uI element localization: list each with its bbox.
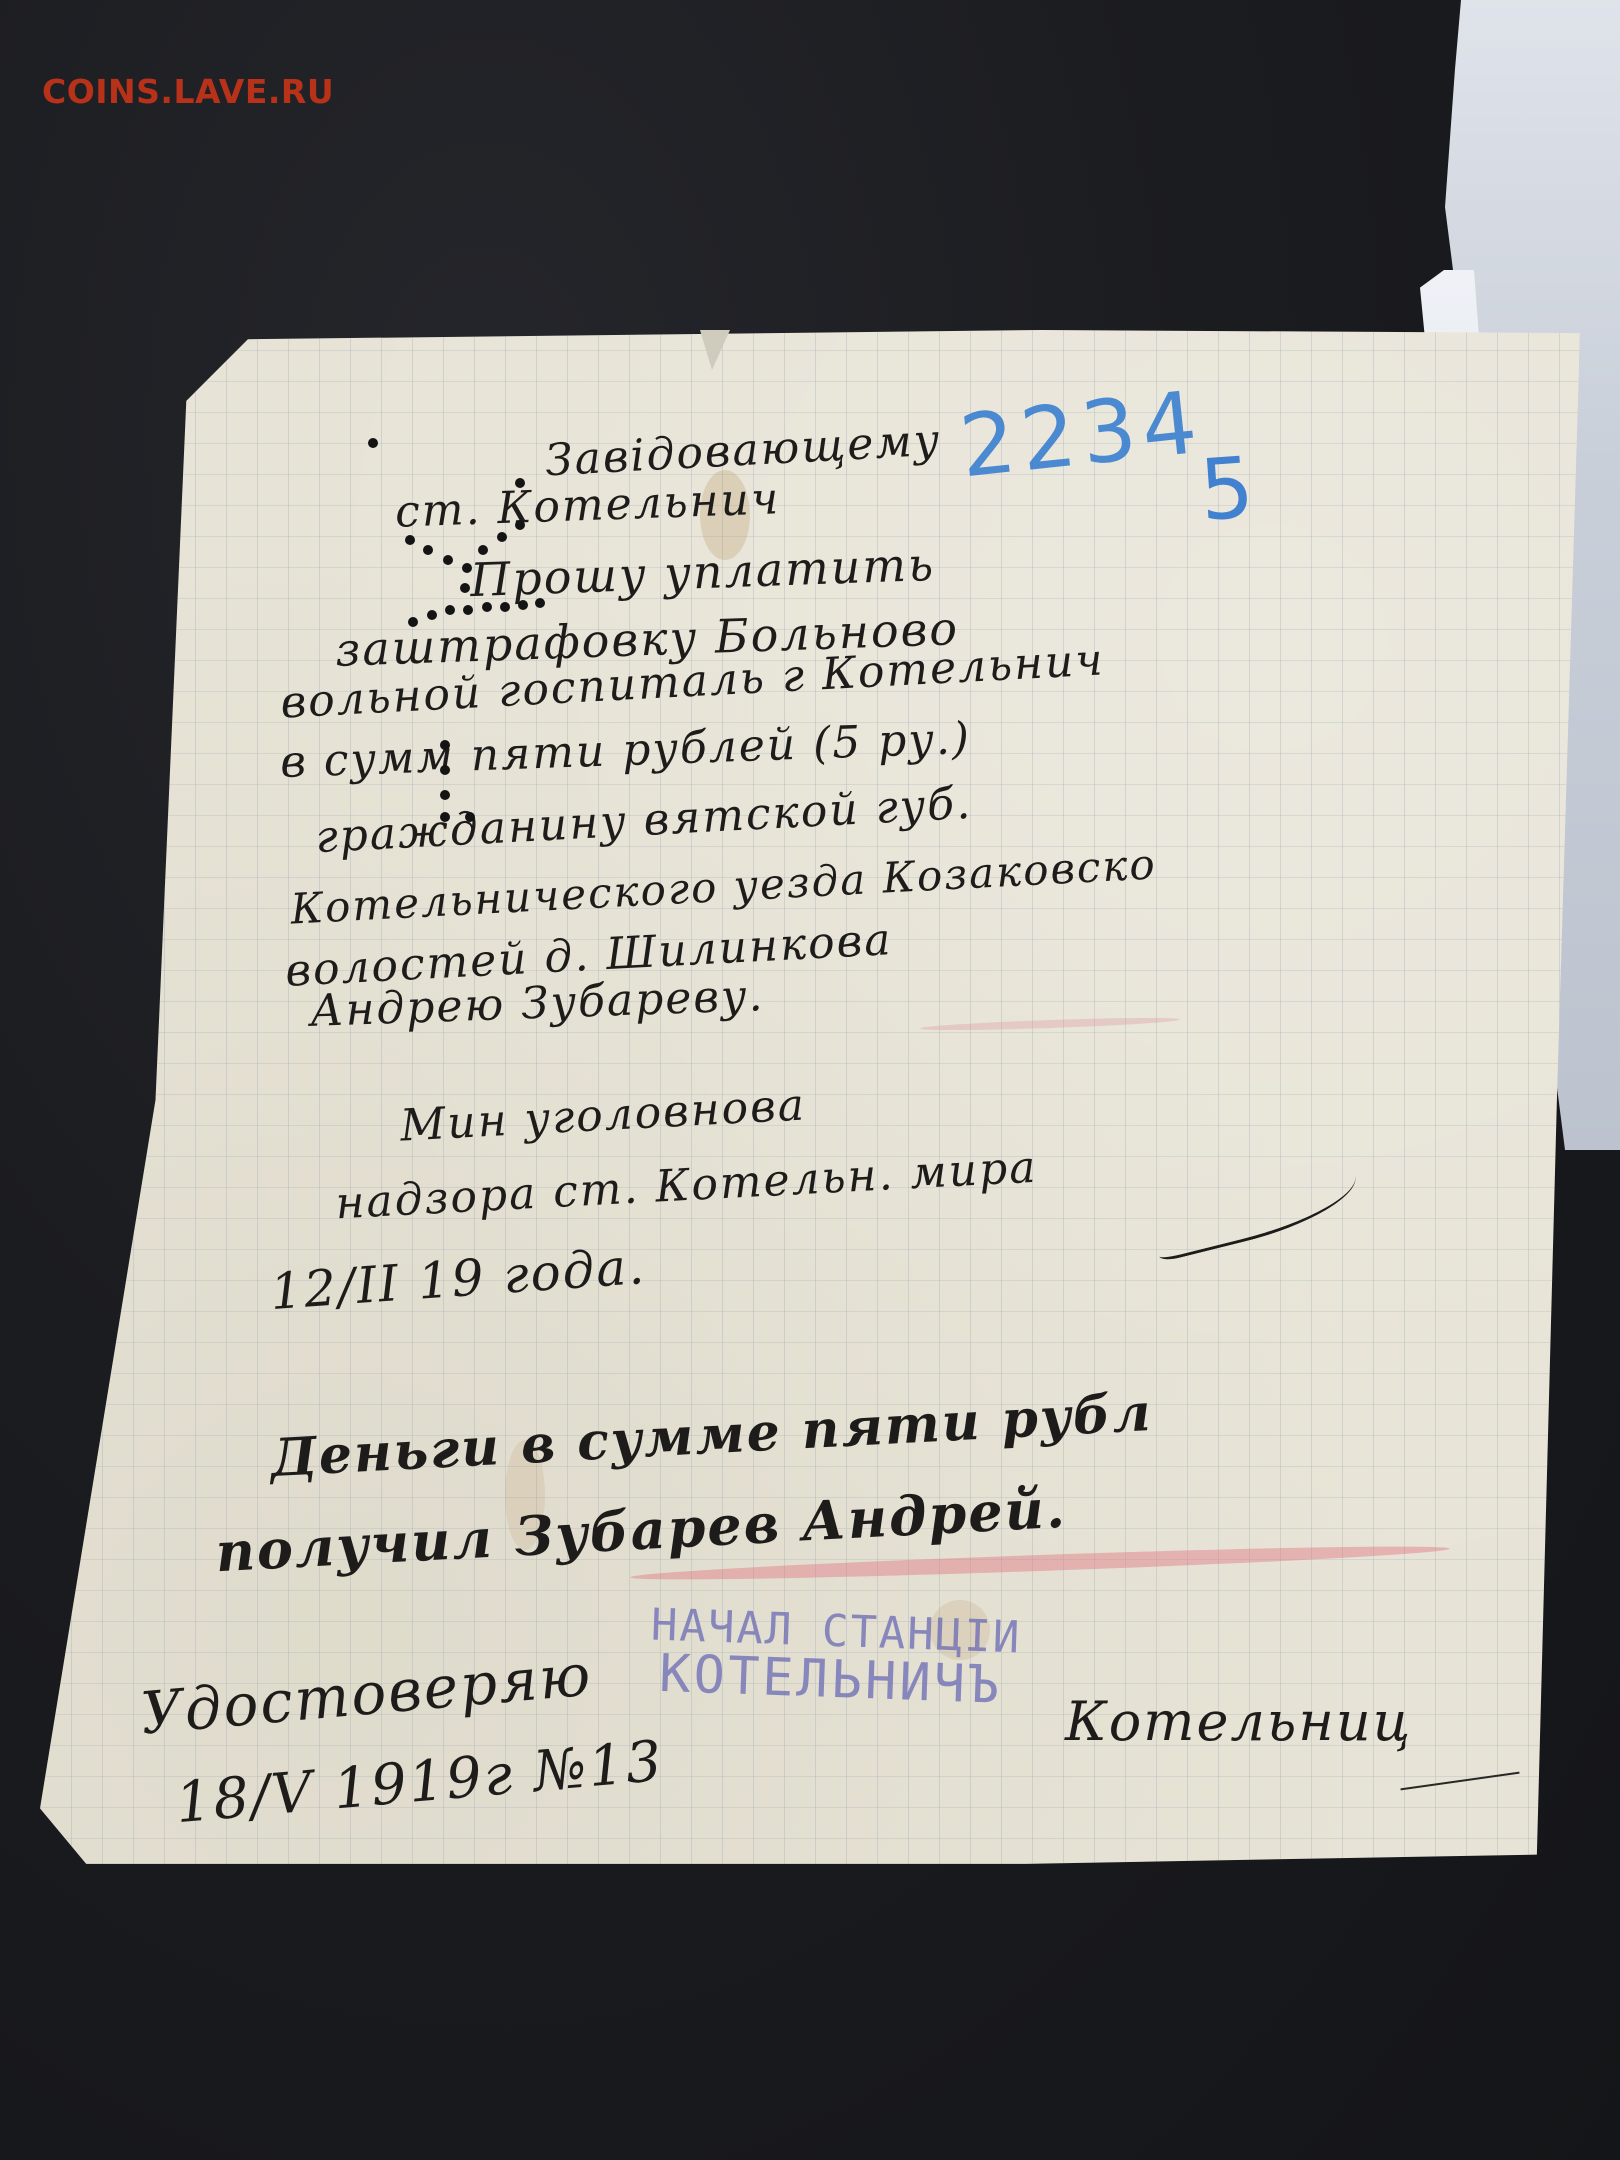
perforation-dot	[462, 563, 472, 573]
perforation-dot	[443, 555, 453, 565]
station-stamp: НАЧАЛ СТАНЦІИ КОТЕЛЬНИЧЪ	[648, 1604, 1021, 1713]
perforation-dot	[440, 790, 450, 800]
perforation-dot	[440, 765, 450, 775]
watermark-text: COINS.LAVE.RU	[42, 72, 334, 111]
perforation-dot	[497, 532, 507, 542]
perforation-dot	[440, 740, 450, 750]
perforation-dot	[445, 605, 455, 615]
perforation-dot	[368, 438, 378, 448]
perforation-dot	[535, 598, 545, 608]
perforation-dot	[463, 605, 473, 615]
perforation-dot	[440, 812, 450, 822]
perforation-dot	[515, 520, 525, 530]
perforation-dot	[405, 535, 415, 545]
perforation-dot	[515, 478, 525, 488]
signature-bottom: Котельниц	[1065, 1690, 1412, 1753]
stamp-line-2: КОТЕЛЬНИЧЪ	[658, 1648, 1020, 1713]
perforation-dot	[423, 545, 433, 555]
perforation-dot	[478, 545, 488, 555]
blue-annotation-suffix: 5	[1197, 438, 1257, 539]
perforation-dot	[427, 610, 437, 620]
perforation-dot	[500, 602, 510, 612]
perforation-dot	[482, 602, 492, 612]
perforation-dot	[460, 583, 470, 593]
perforation-dot	[465, 812, 475, 822]
perforation-dot	[518, 600, 528, 610]
perforation-dot	[408, 617, 418, 627]
